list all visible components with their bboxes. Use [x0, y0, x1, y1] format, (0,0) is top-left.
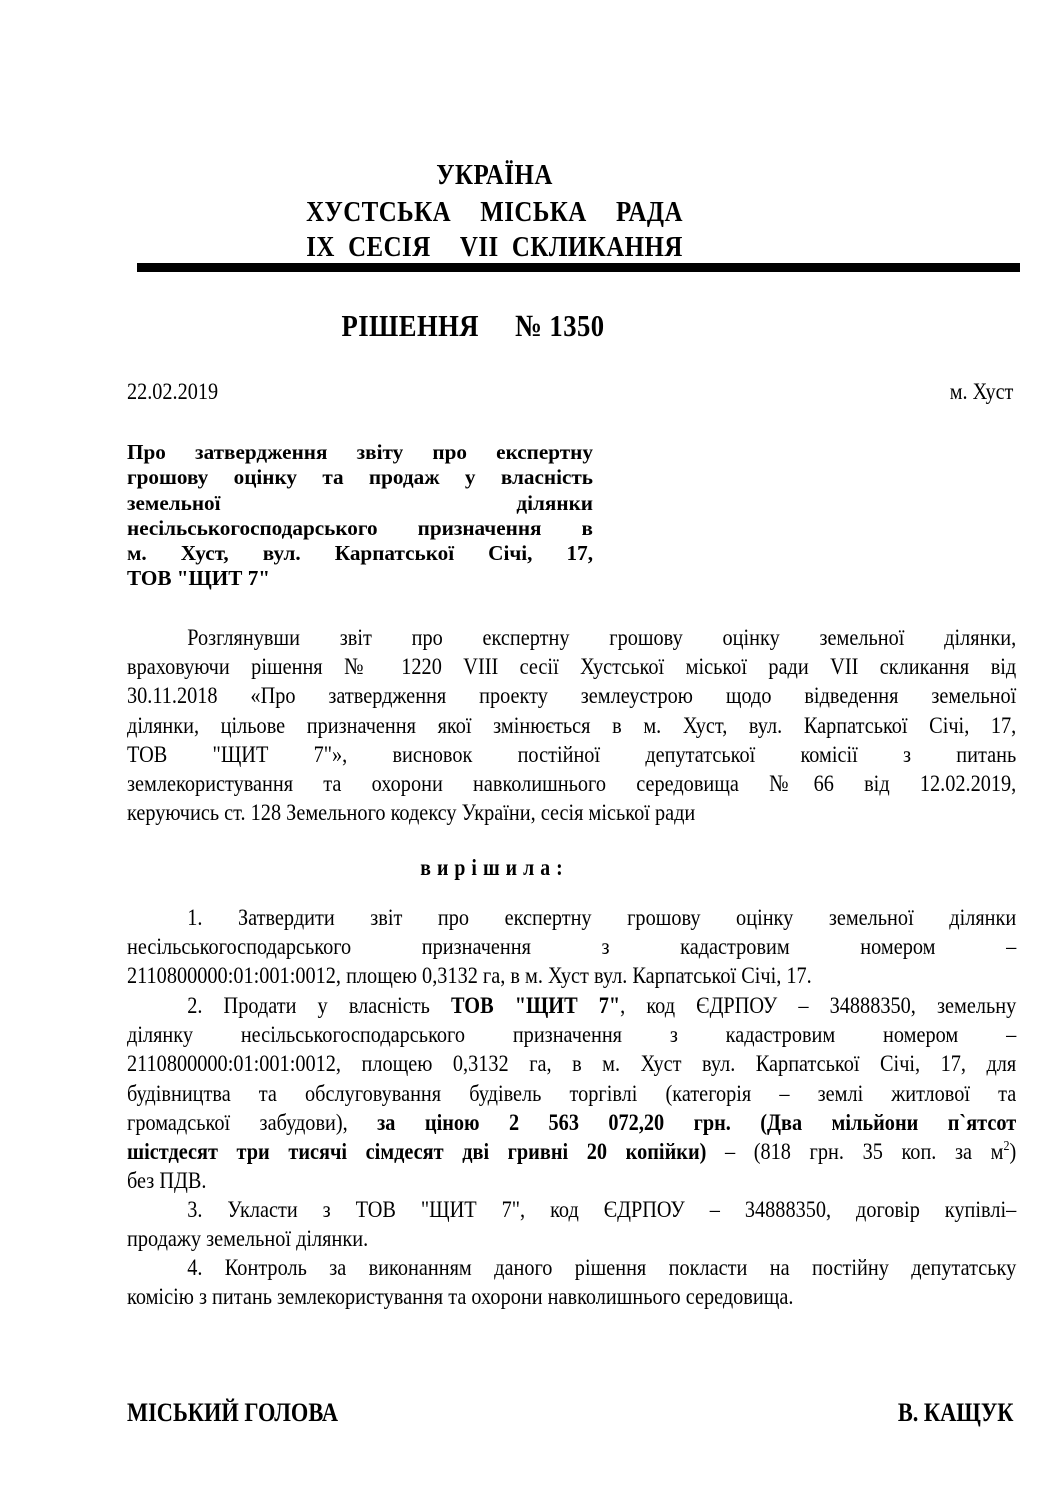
item-line: 2110800000:01:001:0012, площею 0,3132 га… [127, 1050, 1016, 1079]
company-name: ТОВ "ЩИТ 7" [451, 993, 620, 1019]
subject-line: земельної ділянки [127, 491, 593, 516]
session-label: СЕСІЯ [348, 231, 431, 263]
item-line: комісію з питань землекористування та ох… [127, 1283, 1016, 1312]
decision-title: РІШЕННЯ№ 1350 [0, 308, 946, 344]
preamble-line: враховуючи рішення № 1220 VIII сесії Хус… [127, 653, 1016, 682]
header-council-word: РАДА [616, 196, 683, 228]
signature-position: МІСЬКИЙ ГОЛОВА [127, 1398, 338, 1428]
item-1: 1. Затвердити звіт про експертну грошову… [127, 904, 1016, 992]
item-text: громадської забудови), [127, 1110, 377, 1136]
preamble-line: ТОВ "ЩИТ 7"», висновок постійної депутат… [127, 741, 1016, 770]
session-number: IX [306, 231, 335, 263]
decision-number: № 1350 [515, 308, 604, 343]
subject-line: несільськогосподарського призначення в [127, 516, 593, 541]
item-line: 2110800000:01:001:0012, площею 0,3132 га… [127, 962, 1016, 991]
item-line: 4. Контроль за виконанням даного рішення… [127, 1254, 1016, 1283]
decision-subject: Про затвердження звіту про експертну гро… [127, 440, 593, 592]
preamble-line: Розглянувши звіт про експертну грошову о… [127, 624, 1016, 653]
item-line: продажу земельної ділянки. [127, 1225, 1016, 1254]
subject-line: грошову оцінку та продаж у власність [127, 465, 593, 490]
header-divider [137, 263, 1020, 272]
item-text: , код ЄДРПОУ – 34888350, земельну [620, 993, 1016, 1019]
subject-line: м. Хуст, вул. Карпатської Січі, 17, [127, 541, 593, 566]
subject-line: ТОВ "ЩИТ 7" [127, 566, 593, 591]
header-council: ХУСТСЬКАМІСЬКАРАДА [0, 195, 989, 229]
item-line: громадської забудови), за ціною 2 563 07… [127, 1109, 1016, 1138]
sale-price-words: шістдесят три тисячі сімдесят дві гривні… [127, 1139, 706, 1165]
convocation-label: СКЛИКАННЯ [512, 231, 683, 263]
decision-label: РІШЕННЯ [342, 308, 479, 343]
item-3: 3. Укласти з ТОВ "ЩИТ 7", код ЄДРПОУ – 3… [127, 1196, 1016, 1254]
item-text: 2. Продати у власність [187, 993, 451, 1019]
item-line: ділянку несільськогосподарського признач… [127, 1021, 1016, 1050]
item-text: ) [1009, 1139, 1016, 1165]
item-line: 3. Укласти з ТОВ "ЩИТ 7", код ЄДРПОУ – 3… [127, 1196, 1016, 1225]
item-line: шістдесят три тисячі сімдесят дві гривні… [127, 1138, 1016, 1167]
header-session: IX СЕСІЯVII СКЛИКАННЯ [0, 230, 989, 264]
sale-price: за ціною 2 563 072,20 грн. (Два мільйони… [377, 1110, 1016, 1136]
preamble-line: землекористування та охорони навколишньо… [127, 770, 1016, 799]
convocation-number: VII [460, 231, 499, 263]
item-4: 4. Контроль за виконанням даного рішення… [127, 1254, 1016, 1312]
signature-name: В. КАЩУК [897, 1398, 1013, 1428]
item-line: 1. Затвердити звіт про експертну грошову… [127, 904, 1016, 933]
preamble: Розглянувши звіт про експертну грошову о… [127, 624, 1016, 828]
decision-city: м. Хуст [949, 378, 1013, 406]
item-line: без ПДВ. [127, 1167, 1016, 1196]
item-text: – (818 грн. 35 коп. за м [706, 1139, 1003, 1165]
item-2: 2. Продати у власність ТОВ "ЩИТ 7", код … [127, 992, 1016, 1196]
preamble-line: 30.11.2018 «Про затвердження проекту зем… [127, 682, 1016, 711]
header-council-word: МІСЬКА [480, 196, 586, 228]
resolved-heading: вирішила: [0, 855, 989, 881]
item-line: 2. Продати у власність ТОВ "ЩИТ 7", код … [127, 992, 1016, 1021]
header-council-word: ХУСТСЬКА [306, 196, 451, 228]
preamble-line: ділянки, цільове призначення якої змінює… [127, 712, 1016, 741]
item-line: несільськогосподарського призначення з к… [127, 933, 1016, 962]
item-line: будівництва та обслуговування будівель т… [127, 1080, 1016, 1109]
header-country: УКРАЇНА [0, 158, 989, 192]
preamble-line: керуючись ст. 128 Земельного кодексу Укр… [127, 799, 1016, 828]
subject-line: Про затвердження звіту про експертну [127, 440, 593, 465]
decision-date: 22.02.2019 [127, 378, 218, 406]
